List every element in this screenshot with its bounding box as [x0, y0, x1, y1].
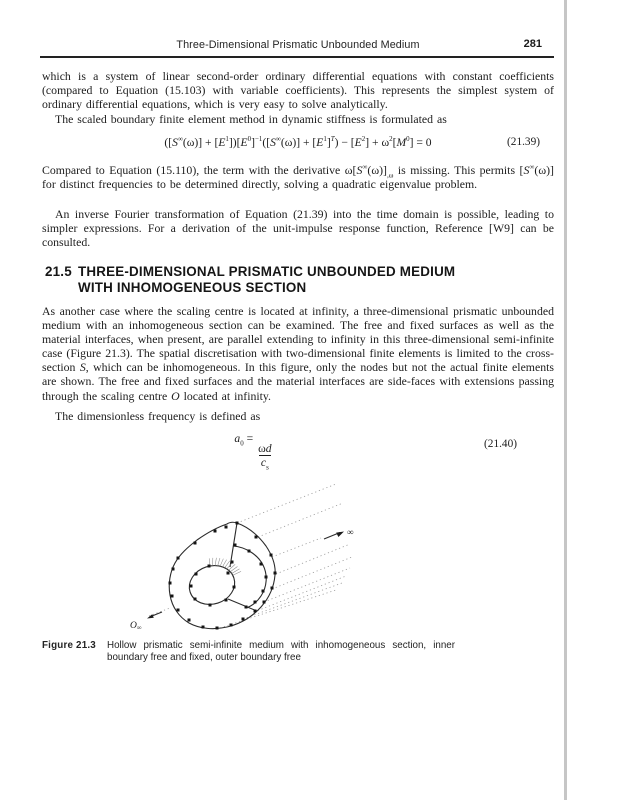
paragraph-continuation: which is a system of linear second-order…	[42, 69, 554, 111]
section-heading: 21.5 THREE-DIMENSIONAL PRISMATIC UNBOUND…	[45, 264, 545, 295]
paragraph-fourier: An inverse Fourier transformation of Equ…	[42, 207, 554, 249]
fixed-boundary-hatching	[209, 558, 241, 575]
origin-arrow	[147, 612, 162, 619]
figure-caption-text: Hollow prismatic semi-infinite medium wi…	[107, 640, 455, 665]
node-markers	[169, 522, 277, 630]
equation-21-40-expression: a0 =ωdcs	[0, 432, 509, 469]
paragraph-comparison: Compared to Equation (15.110), the term …	[42, 163, 554, 191]
origin-label: O∞	[130, 621, 142, 632]
header-rule	[40, 56, 554, 58]
section-title-line1: THREE-DIMENSIONAL PRISMATIC UNBOUNDED ME…	[78, 264, 455, 279]
infinity-arrow	[324, 532, 344, 540]
fraction-denominator: cs	[259, 455, 271, 469]
paragraph-prismatic-case: As another case where the scaling centre…	[42, 304, 554, 403]
equation-21-39: ([S∞(ω)] + [E1])[E0]−1([S∞(ω)] + [E1]T) …	[42, 136, 554, 149]
equation-21-40-label: (21.40)	[484, 438, 517, 450]
figure-21-3-diagram: ∞ O∞	[100, 480, 390, 638]
section-number: 21.5	[45, 264, 78, 295]
equation-21-40-fraction: ωdcs	[258, 442, 271, 469]
equation-21-39-expression: ([S∞(ω)] + [E1])[E0]−1([S∞(ω)] + [E1]T) …	[42, 136, 554, 149]
outer-boundary-path	[169, 522, 275, 628]
equation-21-40: a0 =ωdcs (21.40)	[42, 432, 554, 469]
infinity-label: ∞	[347, 527, 353, 537]
running-header-title: Three-Dimensional Prismatic Unbounded Me…	[42, 39, 554, 51]
book-page: Three-Dimensional Prismatic Unbounded Me…	[0, 0, 617, 800]
material-interface-arc	[233, 546, 266, 608]
scan-page-edge	[564, 0, 567, 800]
paragraph-intro-equation: The scaled boundary finite element metho…	[42, 112, 554, 126]
fraction-numerator: ωd	[258, 442, 271, 455]
equation-21-39-label: (21.39)	[507, 136, 540, 148]
equation-21-40-lhs: a0 =	[234, 432, 253, 445]
section-title: THREE-DIMENSIONAL PRISMATIC UNBOUNDED ME…	[78, 264, 455, 295]
paragraph-dimensionless-frequency: The dimensionless frequency is defined a…	[42, 409, 554, 423]
page-number: 281	[498, 38, 542, 50]
figure-caption: Figure 21.3 Hollow prismatic semi-infini…	[42, 640, 512, 665]
section-title-line2: WITH INHOMOGENEOUS SECTION	[78, 280, 306, 295]
figure-caption-label: Figure 21.3	[42, 640, 107, 665]
